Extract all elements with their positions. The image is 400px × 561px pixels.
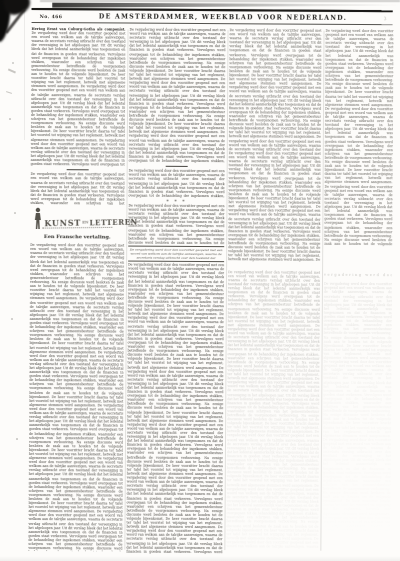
simulated-text-block: De vergadering werd door den voorzitter … — [226, 270, 320, 549]
article-columns: Hertog Ernst van Coburg-Gotha als compon… — [28, 27, 393, 555]
simulated-text-block: De vergadering werd door den voorzitter … — [229, 28, 322, 152]
faded-heading-line: vergadering werd door den — [324, 272, 392, 278]
article-subheading: Een Fransche vertaling. — [30, 234, 124, 241]
simulated-text-block: De vergadering werd door den voorzitter … — [28, 243, 124, 551]
simulated-text-block: De vergadering werd door den voorzitter … — [129, 169, 225, 198]
simulated-text-block: De vergadering werd door den voorzitter … — [126, 263, 224, 555]
column-gap — [324, 246, 392, 272]
simulated-text-block: De vergadering werd door den voorzitter … — [324, 29, 393, 247]
ornament-word-en: EN — [82, 220, 89, 225]
article-lead-in: Hertog Ernst van Coburg-Gotha als compon… — [32, 27, 126, 32]
kunst-en-letteren-ornament: KUNSTENLETTEREN — [30, 206, 124, 233]
simulated-text-block: De vergadering werd door den voorzitter … — [30, 172, 124, 205]
newspaper-scan-page: No. 466 DE AMSTERDAMMER, WEEKBLAD VOOR N… — [0, 0, 400, 561]
newspaper-title: DE AMSTERDAMMER, WEEKBLAD VOOR NEDERLAND… — [99, 13, 347, 22]
ruled-notice-block: De vergadering werd door den voorzitter … — [128, 246, 224, 263]
column-2: De vergadering werd door den voorzitter … — [126, 28, 225, 555]
simulated-text-block: De vergadering werd door den voorzitter … — [322, 282, 392, 545]
column-4: De vergadering werd door den voorzitter … — [322, 29, 393, 556]
masthead: No. 466 DE AMSTERDAMMER, WEEKBLAD VOOR N… — [32, 8, 393, 25]
simulated-text-block: De vergadering werd door den voorzitter … — [129, 28, 226, 164]
scanned-page-content: No. 466 DE AMSTERDAMMER, WEEKBLAD VOOR N… — [0, 0, 400, 561]
simulated-text-block: De vergadering werd door den voorzitter … — [228, 151, 321, 262]
simulated-text-block: De vergadering werd door den voorzitter … — [128, 204, 224, 246]
column-1: Hertog Ernst van Coburg-Gotha als compon… — [28, 27, 125, 554]
column-3: De vergadering werd door den voorzitter … — [226, 28, 321, 555]
issue-number: No. 466 — [40, 15, 63, 20]
page-number: 3 — [384, 17, 387, 22]
article-lead-paragraph: Hertog Ernst van Coburg-Gotha als compon… — [31, 27, 126, 167]
